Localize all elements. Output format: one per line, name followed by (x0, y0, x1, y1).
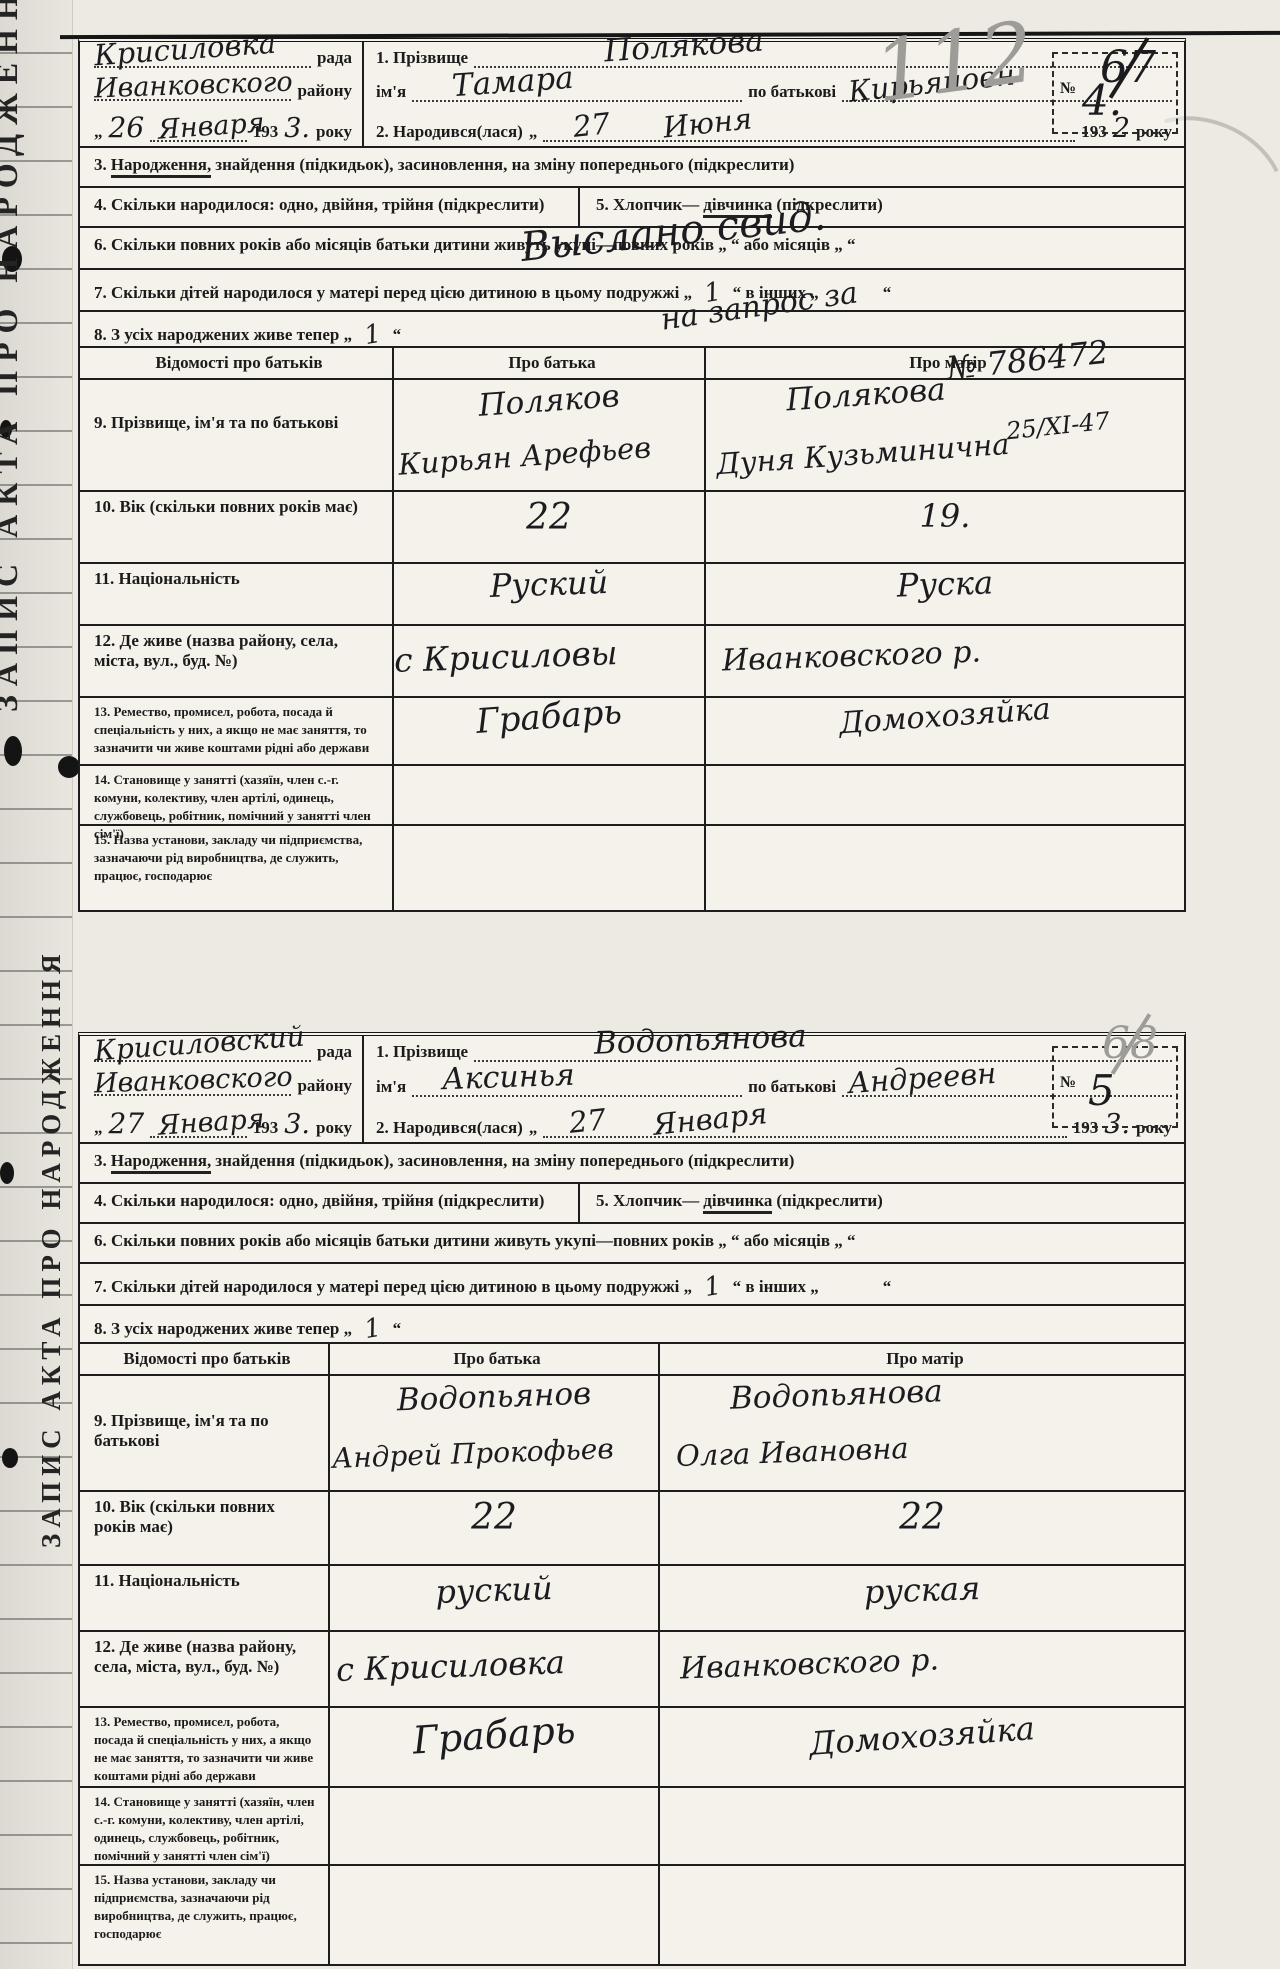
q15-label: 15. Назва установи, закладу чи підприємс… (94, 1872, 297, 1941)
q3-text: знайдення (підкидьок), засиновлення, на … (215, 1151, 794, 1170)
th-father: Про батька (392, 348, 704, 378)
reg-year-digit: 3. (284, 1111, 310, 1138)
ink-blot (58, 756, 80, 778)
mother-residence-handwritten: Иванковского р. (680, 1645, 940, 1684)
child-name-handwritten: Аксинья (442, 1060, 576, 1095)
q4-text: 4. Скільки народилося: одно, двійня, трі… (94, 195, 544, 214)
row-15-institution: 15. Назва установи, закладу чи підприємс… (80, 1864, 1184, 1964)
mother-age-cell: 22 (658, 1492, 1184, 1564)
q7-suffix: “ (883, 1277, 892, 1296)
raion-line: Иванковского району (94, 1076, 352, 1096)
mother-surname-handwritten: Полякова (785, 374, 946, 416)
father-occupation-cell: Грабарь (328, 1708, 658, 1786)
header-left-column: Крисиловский рада Иванковского району „ … (80, 1036, 362, 1142)
q11-label-cell: 11. Національність (80, 1566, 328, 1630)
raion-line: Иванковского району (94, 81, 352, 101)
child-name-handwritten: Тамара (451, 62, 575, 101)
father-fullname-handwritten: Кирьян Арефьев (397, 433, 652, 480)
row-12-residence: 12. Де живе (назва району, села, міста, … (80, 624, 1184, 696)
mother-status-cell (704, 766, 1184, 824)
header-right-column: 1. Прізвище Полякова ім'я Тамара по бать… (362, 42, 1184, 146)
q3-text: знайдення (підкидьок), засиновлення, на … (215, 155, 794, 174)
rada-label: рада (317, 48, 352, 68)
child-surname-handwritten: Водопьянова (594, 1021, 808, 1059)
field-4-cell: 4. Скільки народилося: одно, двійня, трі… (80, 188, 580, 226)
quote-open: „ (94, 1118, 103, 1138)
field-4-5-row: 4. Скільки народилося: одно, двійня, трі… (80, 1182, 1184, 1222)
field-6-row: 6. Скільки повних років або місяців бать… (80, 226, 1184, 268)
mother-nationality-cell: руская (658, 1566, 1184, 1630)
father-age-cell: 22 (392, 492, 704, 562)
q4-text: 4. Скільки народилося: одно, двійня, трі… (94, 1191, 544, 1210)
field-7-row: 7. Скільки дітей народилося у матері пер… (80, 268, 1184, 310)
q14-label: 14. Становище у занятті (хазяїн, член с.… (94, 1794, 314, 1863)
dotted-line: 27 Января (543, 1122, 1066, 1138)
q8-value-handwritten: 1 (362, 1315, 383, 1343)
q14-label-cell: 14. Становище у занятті (хазяїн, член с.… (80, 766, 392, 824)
name-label: ім'я (376, 1077, 406, 1097)
ink-blot (4, 736, 22, 766)
reg-month-handwritten: Января (157, 109, 265, 143)
q7-prefix: 7. Скільки дітей народилося у матері пер… (94, 283, 692, 302)
reg-no: 4. (1082, 80, 1122, 122)
field-6-row: 6. Скільки повних років або місяців бать… (80, 1222, 1184, 1262)
q3-underlined-word: Народження, (111, 155, 211, 178)
q9-label-cell: 9. Прізвище, ім'я та по батькові (80, 380, 392, 490)
birth-day-handwritten: 27 (568, 1105, 608, 1138)
birth-day-handwritten: 27 (572, 109, 612, 142)
father-status-cell (328, 1788, 658, 1864)
raion-label: району (297, 1076, 352, 1096)
mother-name-cell: Полякова Дуня Кузьминична № 786472 25/XI… (704, 380, 1184, 490)
row-9-names: 9. Прізвище, ім'я та по батькові Водопья… (80, 1374, 1184, 1490)
mother-nationality-handwritten: Руска (706, 560, 1185, 609)
mother-occupation-handwritten: Домохозяйка (660, 1702, 1185, 1770)
parents-table-header: Відомості про батьків Про батька Про мат… (80, 1342, 1184, 1374)
row-10-age: 10. Вік (скільки повних років має) 22 19… (80, 490, 1184, 562)
quote-open: „ (94, 122, 103, 142)
th-father-label: Про батька (453, 1349, 540, 1368)
child-surname-handwritten: Полякова (603, 25, 764, 67)
th-parents-label: Відомості про батьків (155, 353, 322, 372)
dotted-line: Иванковского (94, 1080, 291, 1096)
rada-line: Крисиловка рада (94, 48, 352, 68)
raion-handwritten: Иванковского (94, 1064, 293, 1098)
father-age-handwritten: 22 (394, 500, 704, 536)
reg-no-crossed: 68 (1102, 1018, 1158, 1069)
father-name-cell: Водопьянов Андрей Прокофьев (328, 1376, 658, 1490)
father-institution-cell (392, 826, 704, 910)
field-5-cell: 5. Хлопчик— дівчинка (підкреслити) (580, 1184, 1184, 1222)
q12-label: 12. Де живе (назва району, села, міста, … (94, 1637, 296, 1676)
th-parents: Відомості про батьків (80, 348, 392, 378)
surname-label: 1. Прізвище (376, 48, 468, 68)
mother-occupation-cell: Домохозяйка (658, 1708, 1184, 1786)
father-residence-handwritten: с Крисиловка (336, 1646, 566, 1686)
th-mother: Про матір (658, 1344, 1184, 1374)
mother-nationality-cell: Руска (704, 564, 1184, 624)
reg-month-handwritten: Января (157, 1105, 265, 1139)
row-14-status: 14. Становище у занятті (хазяїн, член с.… (80, 764, 1184, 824)
quote-open: „ (529, 1118, 538, 1138)
roku-label: року (316, 1118, 352, 1138)
dotted-line: 27 Июня (543, 126, 1075, 142)
mother-residence-handwritten: Иванковского р. (722, 637, 982, 676)
q5-underlined-word: дівчинка (703, 1191, 772, 1214)
mother-fullname-handwritten: Олга Ивановна (676, 1434, 910, 1471)
q11-label-cell: 11. Національність (80, 564, 392, 624)
reg-no: 5 (1088, 1070, 1115, 1112)
roku-label: року (316, 122, 352, 142)
pencil-number: 112 (869, 9, 1039, 114)
q11-label: 11. Національність (94, 1571, 240, 1590)
no-sign: № (1060, 1074, 1076, 1092)
father-surname-handwritten: Поляков (393, 375, 704, 428)
dotted-line: Иванковского (94, 85, 291, 101)
father-age-cell: 22 (328, 1492, 658, 1564)
query-note-date: 25/XI-47 (1005, 409, 1111, 444)
field-7-row: 7. Скільки дітей народилося у матері пер… (80, 1262, 1184, 1304)
father-residence-cell: с Крисиловы (392, 626, 704, 696)
mother-surname-handwritten: Водопьянова (730, 1376, 944, 1414)
father-status-cell (392, 766, 704, 824)
mother-fullname-handwritten: Дуня Кузьминична (715, 430, 1010, 479)
reg-year-digit: 3. (284, 115, 310, 142)
ink-blot (2, 1448, 18, 1468)
child-patronymic-handwritten: Андреевн (847, 1058, 997, 1097)
father-nationality-handwritten: Руский (394, 563, 705, 606)
q13-label: 13. Ремество, промисел, робота, посада й… (94, 1714, 313, 1783)
q13-label: 13. Ремество, промисел, робота, посада й… (94, 704, 369, 755)
q9-label: 9. Прізвище, ім'я та по батькові (94, 413, 338, 432)
q10-label-cell: 10. Вік (скільки повних років має) (80, 492, 392, 562)
row-10-age: 10. Вік (скільки повних років має) 22 22 (80, 1490, 1184, 1564)
q8-value-handwritten: 1 (362, 321, 383, 349)
mother-age-handwritten: 19. (706, 500, 1184, 532)
q7-mid: “ в інших „ (733, 1277, 819, 1296)
q10-label-cell: 10. Вік (скільки повних років має) (80, 1492, 328, 1564)
q8-prefix: 8. З усіх народжених живе тепер „ (94, 325, 352, 344)
row-11-nationality: 11. Національність руский руская (80, 1564, 1184, 1630)
reg-date-line: „ 26 Января 193 3. року (94, 114, 352, 142)
q15-label-cell: 15. Назва установи, закладу чи підприємс… (80, 1866, 328, 1964)
q12-label-cell: 12. Де живе (назва району, села, міста, … (80, 1632, 328, 1706)
mother-age-handwritten: 22 (660, 1500, 1184, 1536)
father-occupation-handwritten: Грабарь (329, 1705, 659, 1766)
patronymic-label: по батькові (748, 82, 836, 102)
q8-suffix: “ (393, 325, 402, 344)
dotted-line: Тамара (412, 86, 742, 102)
dotted-line: Аксинья (412, 1081, 742, 1097)
row-12-residence: 12. Де живе (назва району, села, міста, … (80, 1630, 1184, 1706)
quote-open: „ (529, 122, 538, 142)
mother-occupation-cell: Домохозяйка (704, 698, 1184, 764)
mother-residence-cell: Иванковского р. (704, 626, 1184, 696)
field-8-row: 8. З усіх народжених живе тепер „1“ на з… (80, 310, 1184, 346)
father-nationality-cell: Руский (392, 564, 704, 624)
dotted-line: Крисиловка (94, 52, 311, 68)
q5-suffix: (підкреслити) (776, 1191, 882, 1210)
registration-number-box: № 67 4. (1052, 52, 1178, 134)
father-age-handwritten: 22 (330, 1500, 658, 1536)
registration-number-box: № 68 5 (1052, 1046, 1178, 1128)
birth-month-handwritten: Января (652, 1099, 769, 1140)
row-9-names: 9. Прізвище, ім'я та по батькові Поляков… (80, 378, 1184, 490)
q9-label: 9. Прізвище, ім'я та по батькові (94, 1411, 269, 1450)
dotted-line: Января (150, 126, 247, 142)
form-header: Крисиловка рада Иванковского району „ 26… (80, 42, 1184, 146)
birth-record-form-1: Крисиловка рада Иванковского району „ 26… (78, 38, 1186, 912)
field-4-cell: 4. Скільки народилося: одно, двійня, трі… (80, 1184, 580, 1222)
th-mother-label: Про матір (886, 1349, 963, 1368)
field-3-row: 3. Народження, знайдення (підкидьок), за… (80, 1142, 1184, 1182)
row-14-status: 14. Становище у занятті (хазяїн, член с.… (80, 1786, 1184, 1864)
q10-label: 10. Вік (скільки повних років має) (94, 497, 358, 516)
q8-prefix: 8. З усіх народжених живе тепер „ (94, 1319, 352, 1338)
q15-label: 15. Назва установи, закладу чи підприємс… (94, 832, 362, 883)
surname-label: 1. Прізвище (376, 1042, 468, 1062)
q6-text: 6. Скільки повних років або місяців бать… (94, 1231, 856, 1250)
th-parents: Відомості про батьків (80, 1344, 328, 1374)
father-fullname-handwritten: Андрей Прокофьев (332, 1435, 614, 1473)
mother-nationality-handwritten: руская (660, 1565, 1185, 1615)
margin-caption-top: ЗАПИС АКТА ПРО НАРОДЖЕННЯ (0, 0, 25, 712)
mother-status-cell (658, 1788, 1184, 1864)
name-label: ім'я (376, 82, 406, 102)
mother-name-cell: Водопьянова Олга Ивановна (658, 1376, 1184, 1490)
margin-caption-bottom: ЗАПИС АКТА ПРО НАРОДЖЕННЯ (36, 948, 67, 1548)
header-left-column: Крисиловка рада Иванковского району „ 26… (80, 42, 362, 146)
father-name-cell: Поляков Кирьян Арефьев (392, 380, 704, 490)
father-occupation-cell: Грабарь (392, 698, 704, 764)
field-3-row: 3. Народження, знайдення (підкидьок), за… (80, 146, 1184, 186)
q13-label-cell: 13. Ремество, промисел, робота, посада й… (80, 1708, 328, 1786)
rada-line: Крисиловский рада (94, 1042, 352, 1062)
birth-month-handwritten: Июня (662, 104, 754, 142)
raion-handwritten: Иванковского (94, 69, 293, 103)
dotted-line: Января (150, 1122, 247, 1138)
q12-label-cell: 12. Де живе (назва району, села, міста, … (80, 626, 392, 696)
th-father: Про батька (328, 1344, 658, 1374)
father-nationality-cell: руский (328, 1566, 658, 1630)
dotted-line: Крисиловский (94, 1046, 311, 1062)
q3-number: 3. (94, 1151, 107, 1170)
q3-underlined-word: Народження, (111, 1151, 211, 1174)
patronymic-label: по батькові (748, 1077, 836, 1097)
rada-handwritten: Крисиловский (93, 1023, 305, 1066)
q8-suffix: “ (393, 1319, 402, 1338)
mother-age-cell: 19. (704, 492, 1184, 562)
field-8-row: 8. З усіх народжених живе тепер „1“ (80, 1304, 1184, 1342)
mother-institution-cell (704, 826, 1184, 910)
th-parents-label: Відомості про батьків (123, 1349, 290, 1368)
no-sign: № (1060, 80, 1076, 98)
row-13-occupation: 13. Ремество, промисел, робота, посада й… (80, 696, 1184, 764)
q7-value-handwritten: 1 (703, 1273, 724, 1301)
mother-residence-cell: Иванковского р. (658, 1632, 1184, 1706)
form-header: Крисиловский рада Иванковского району „ … (80, 1036, 1184, 1142)
born-label: 2. Народився(лася) (376, 122, 523, 142)
raion-label: району (297, 81, 352, 101)
rada-label: рада (317, 1042, 352, 1062)
row-13-occupation: 13. Ремество, промисел, робота, посада й… (80, 1706, 1184, 1786)
q15-label-cell: 15. Назва установи, закладу чи підприємс… (80, 826, 392, 910)
q9-label-cell: 9. Прізвище, ім'я та по батькові (80, 1376, 328, 1490)
reg-day-handwritten: 26 (109, 114, 145, 142)
father-nationality-handwritten: руский (330, 1568, 659, 1611)
q3-number: 3. (94, 155, 107, 174)
q7-prefix: 7. Скільки дітей народилося у матері пер… (94, 1277, 692, 1296)
q14-label-cell: 14. Становище у занятті (хазяїн, член с.… (80, 1788, 328, 1864)
father-occupation-handwritten: Грабарь (393, 689, 705, 745)
born-label: 2. Народився(лася) (376, 1118, 523, 1138)
q5-prefix: 5. Хлопчик— (596, 1191, 699, 1210)
q10-label: 10. Вік (скільки повних років має) (94, 1497, 275, 1536)
q12-label: 12. Де живе (назва району, села, міста, … (94, 631, 338, 670)
header-right-column: 1. Прізвище Водопьянова ім'я Аксинья по … (362, 1036, 1184, 1142)
father-surname-handwritten: Водопьянов (330, 1376, 659, 1418)
row-15-institution: 15. Назва установи, закладу чи підприємс… (80, 824, 1184, 910)
reg-date-line: „ 27 Января 193 3. року (94, 1110, 352, 1138)
father-residence-cell: с Крисиловка (328, 1632, 658, 1706)
q7-suffix: “ (883, 283, 892, 302)
q13-label-cell: 13. Ремество, промисел, робота, посада й… (80, 698, 392, 764)
father-residence-handwritten: с Крисиловы (393, 636, 618, 677)
q11-label: 11. Національність (94, 569, 240, 588)
mother-institution-cell (658, 1866, 1184, 1964)
birth-record-form-2: Крисиловский рада Иванковского району „ … (78, 1032, 1186, 1966)
reg-day-handwritten: 27 (109, 1110, 145, 1138)
ink-blot (0, 1162, 14, 1184)
father-institution-cell (328, 1866, 658, 1964)
row-11-nationality: 11. Національність Руский Руска (80, 562, 1184, 624)
th-father-label: Про батька (508, 353, 595, 372)
